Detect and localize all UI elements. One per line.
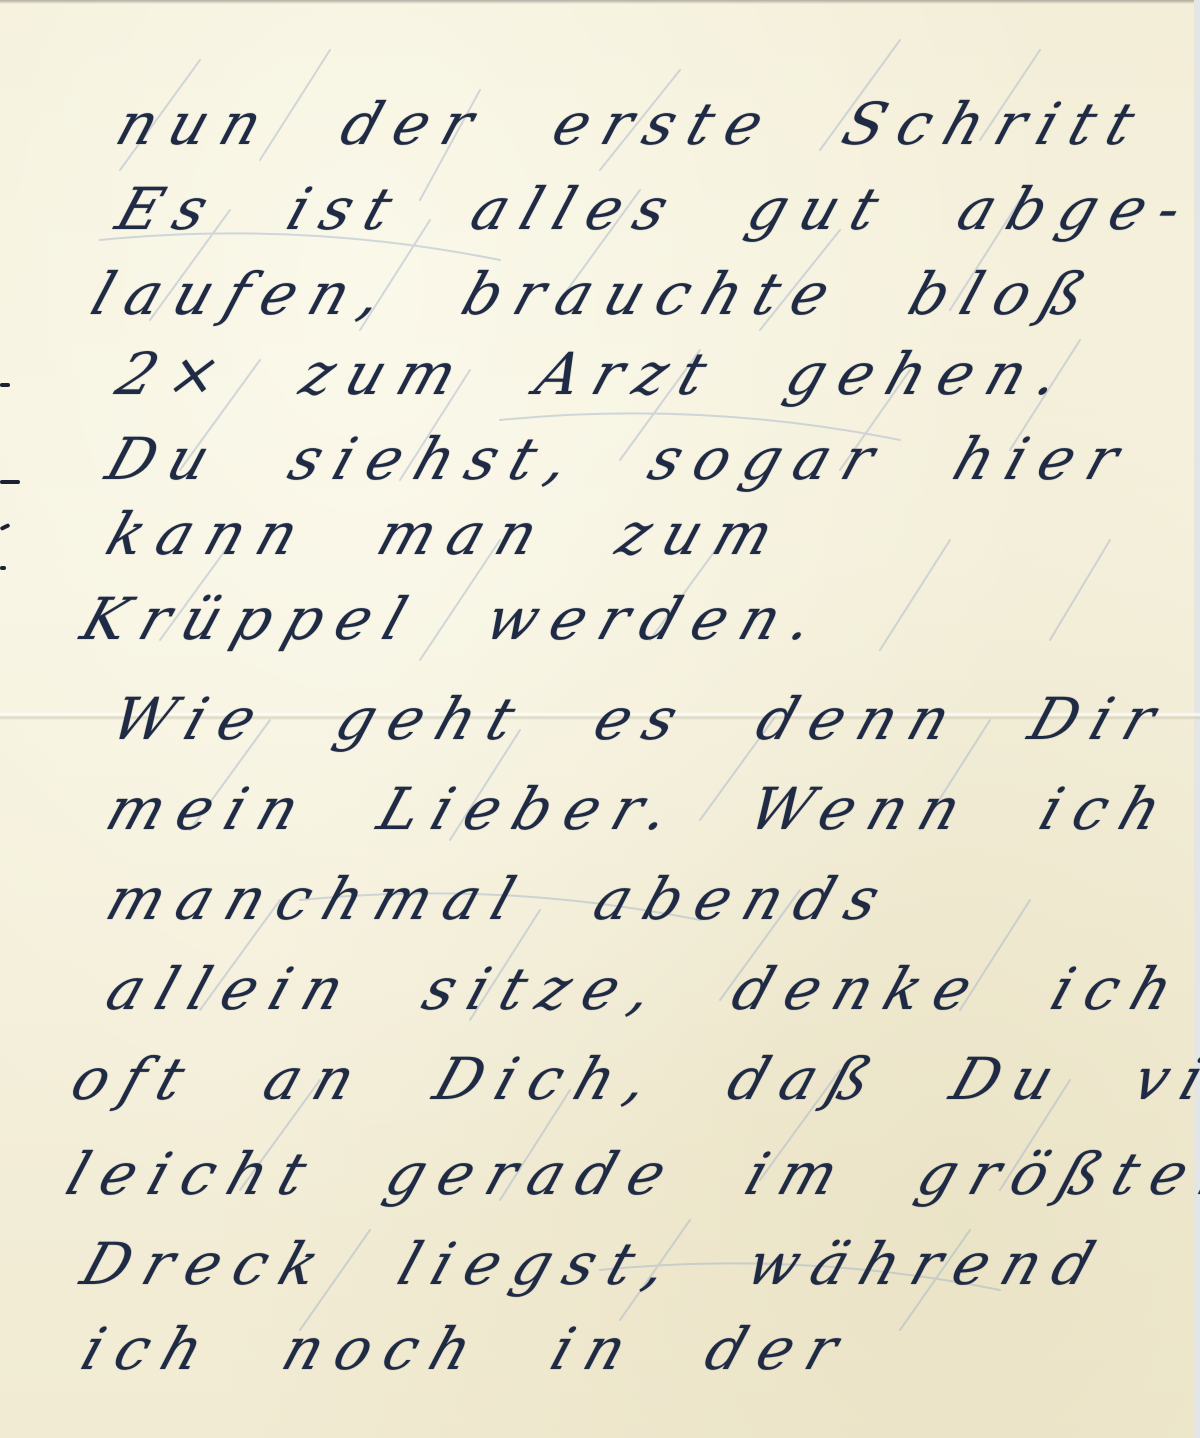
handwritten-line: Krüppel werden. xyxy=(75,590,835,648)
handwritten-line: allein sitze, denke ich xyxy=(100,960,1194,1018)
handwritten-line: laufen, brauchte bloß xyxy=(85,265,1106,323)
handwritten-line: leicht gerade im größten xyxy=(60,1145,1200,1203)
handwritten-line: Du siehst, sogar hier xyxy=(100,430,1140,488)
handwritten-line: oft an Dich, daß Du viel- xyxy=(65,1050,1200,1108)
handwritten-line: ich noch in der xyxy=(75,1320,859,1378)
handwritten-line: Dreck liegst, während xyxy=(75,1235,1115,1293)
letter-body: nun der erste Schritt Es ist alles gut a… xyxy=(0,0,1200,1438)
handwritten-line: nun der erste Schritt xyxy=(110,95,1155,153)
handwritten-line: Es ist alles gut abge- xyxy=(110,180,1200,238)
handwritten-line: kann man zum xyxy=(100,505,794,563)
letter-page: nun der erste Schritt Es ist alles gut a… xyxy=(0,0,1200,1438)
handwritten-line: manchmal abends xyxy=(100,870,900,928)
handwritten-line: Wie geht es denn Dir xyxy=(105,690,1176,748)
handwritten-line: 2× zum Arzt gehen. xyxy=(110,345,1081,403)
handwritten-line: mein Lieber. Wenn ich xyxy=(100,780,1182,838)
